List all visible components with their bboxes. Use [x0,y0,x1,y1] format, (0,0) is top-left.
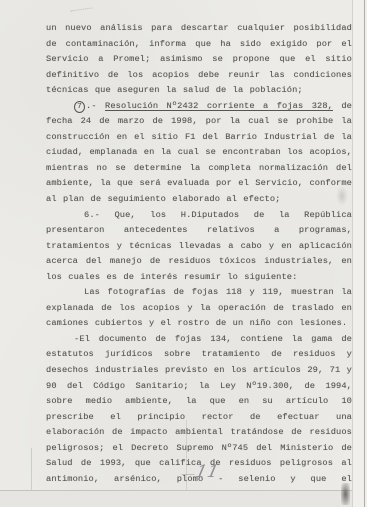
scan-smudge [336,186,348,206]
paragraph-item-6: 6.- Que, los H.Diputados de la República… [46,208,352,286]
circled-item-number: 7 [74,101,85,113]
handwritten-page-number: 11 [194,462,221,482]
scanned-document-page: un nuevo análisis para descartar cualqui… [0,0,367,507]
scanner-edge-bottom [0,490,367,507]
underlined-citation: Resolución Nº2432 corriente a fojas 328, [105,101,333,111]
paragraph-item-7-text: de fecha 24 de marzo de 1998, por la cua… [46,101,352,204]
item-separator: .- [86,101,105,111]
paragraph-item-7: 7.- Resolución Nº2432 corriente a fojas … [46,99,352,208]
paper-crease [186,420,187,492]
scan-smudge-bottom-right [341,483,350,505]
scan-edge-line [364,0,365,507]
paragraph-continuation: un nuevo análisis para descartar cualqui… [46,21,352,99]
document-body: un nuevo análisis para descartar cualqui… [46,21,352,503]
paragraph-photos: Las fotografías de fojas 118 y 119, mues… [46,285,352,332]
scan-artifact-top [70,2,93,11]
paper-edge-left [31,448,32,491]
